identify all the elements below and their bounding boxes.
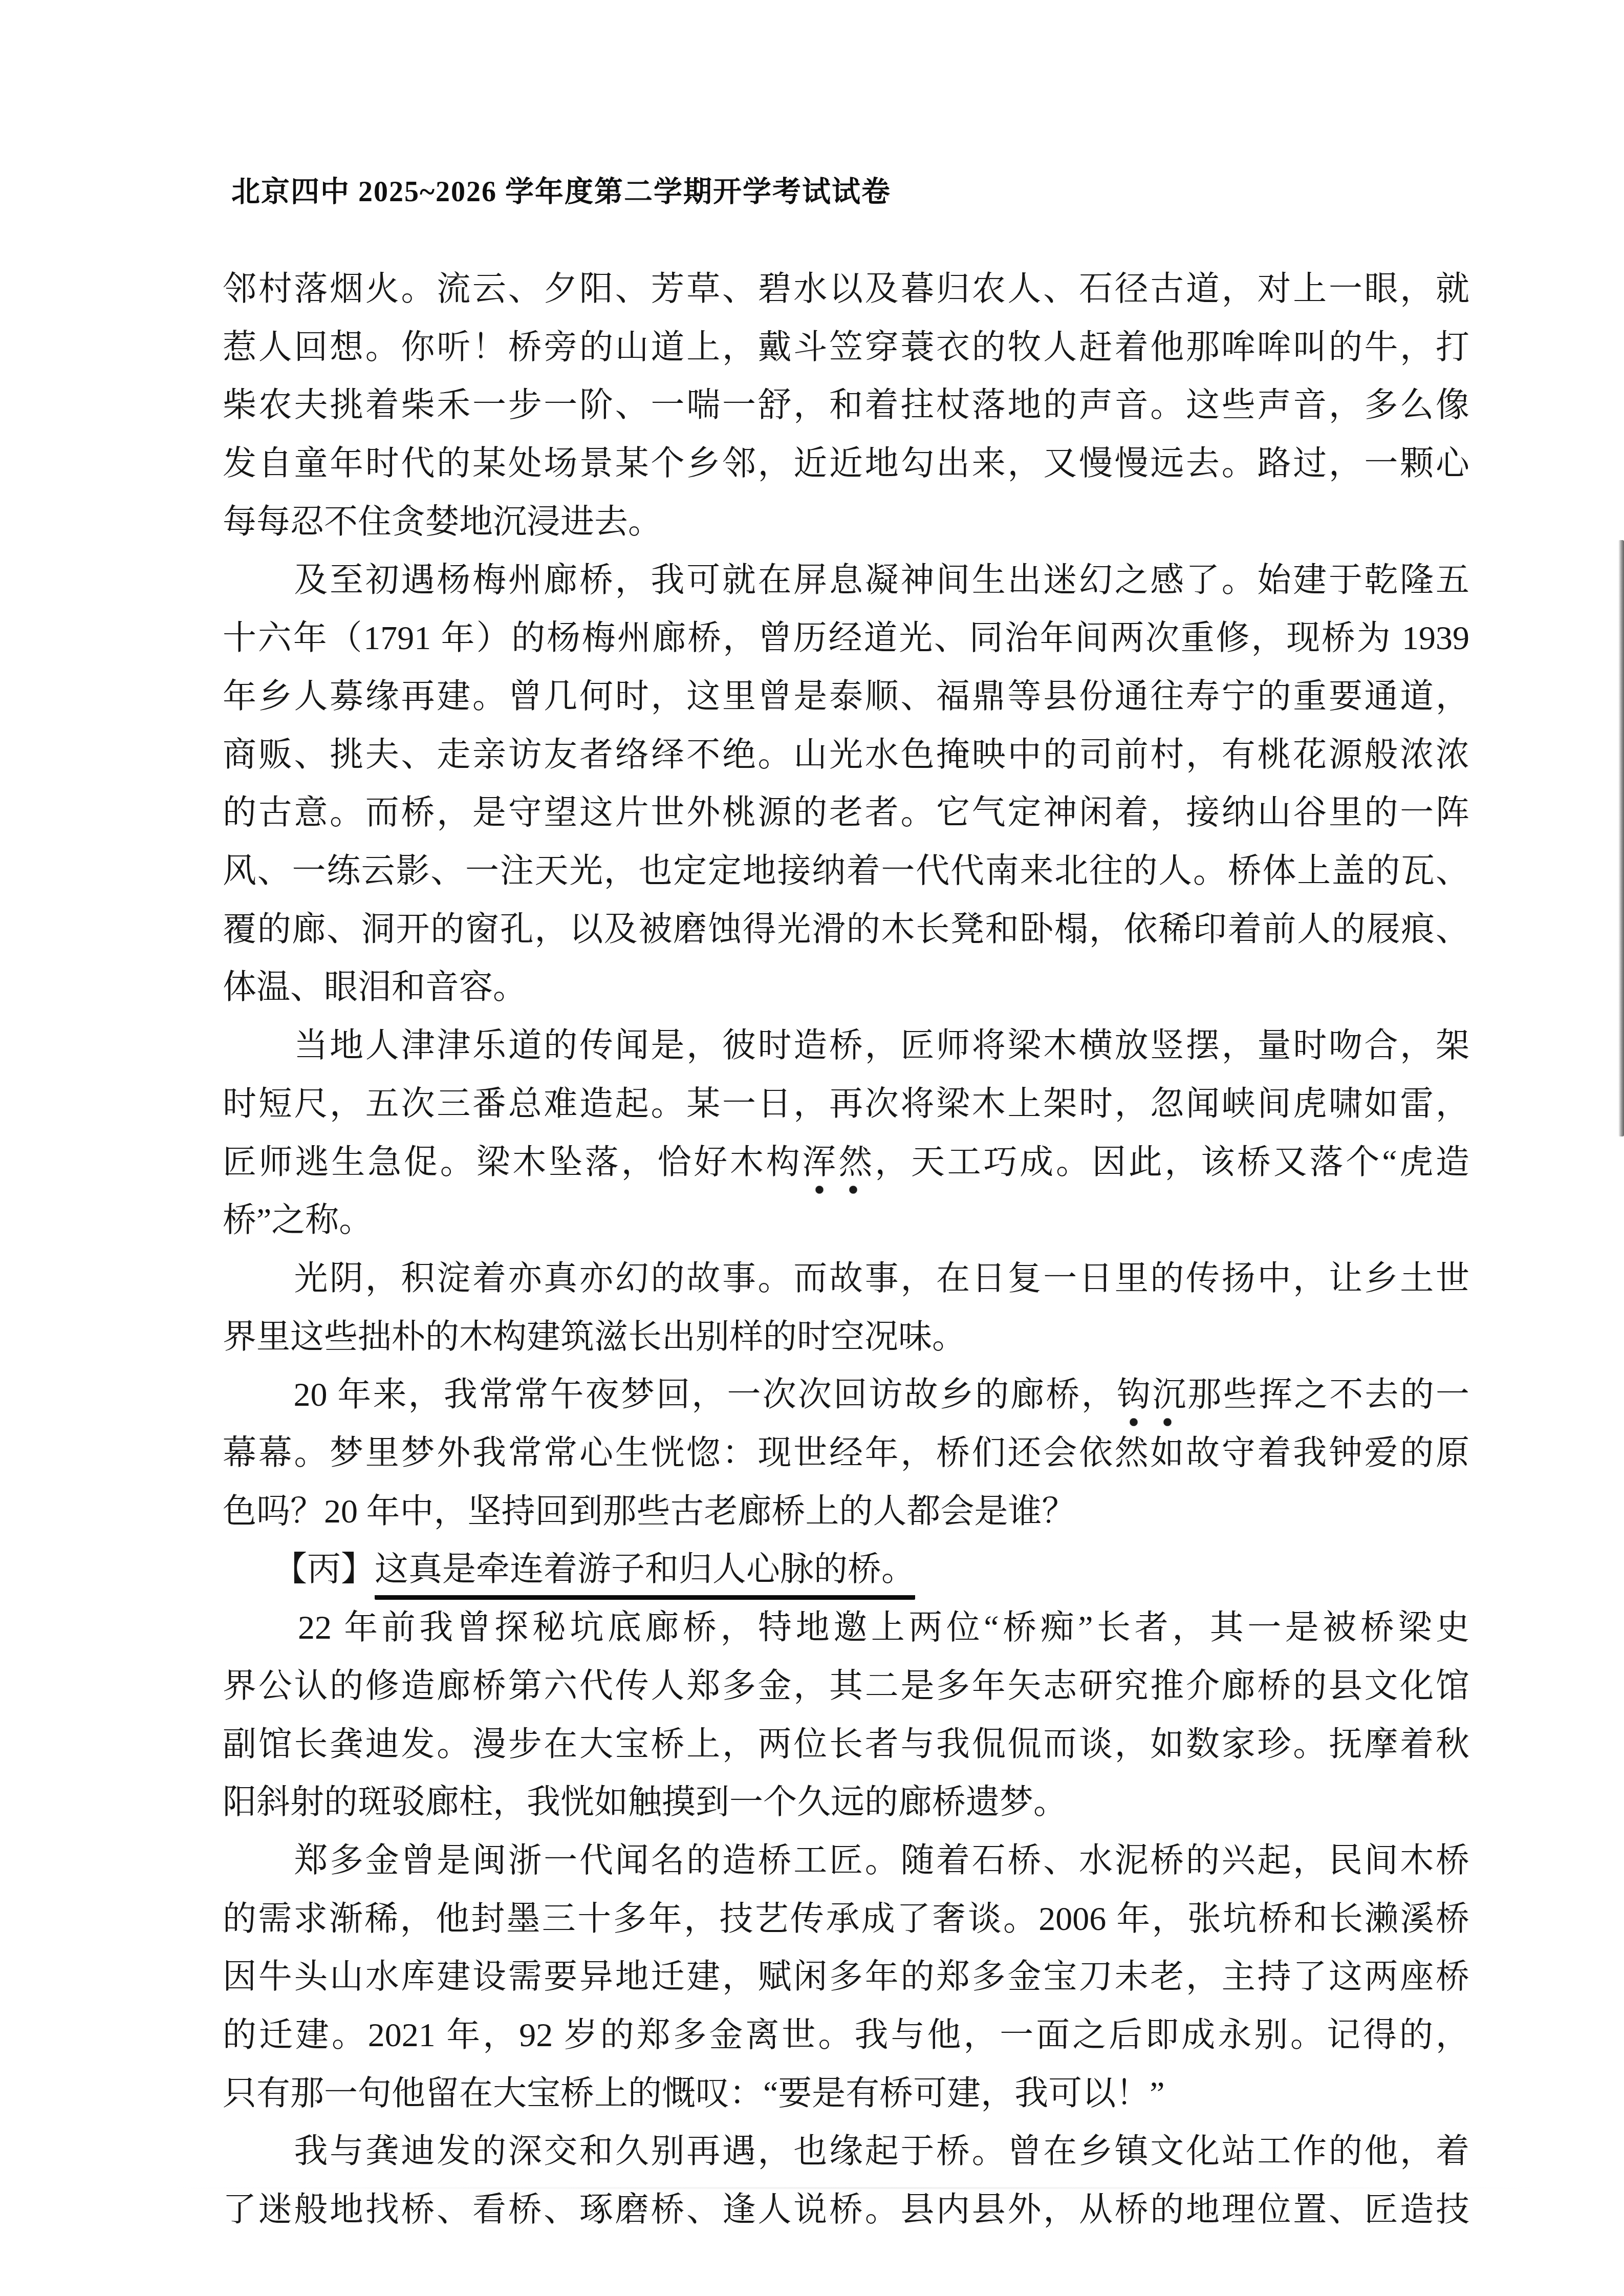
text-line: 只有那一句他留在大宝桥上的慨叹：“要是有桥可建，我可以！” [223,2068,1469,2119]
underline-text: 这真是牵连着游子和归人心脉的桥。 [375,1551,915,1600]
text-line: 覆的廊、洞开的窗孔，以及被磨蚀得光滑的木长凳和卧榻，依稀印着前人的屐痕、 [223,904,1469,955]
document-body: 邻村落烟火。流云、夕阳、芳草、碧水以及暮归农人、石径古道，对上一眼，就惹人回想。… [0,0,1624,2296]
text-segment: 因牛头山水库建设需要异地迁建，赋闲多年的郑多金宝刀未老，主持了这两座桥 [223,1958,1469,1995]
text-segment: 邻村落烟火。流云、夕阳、芳草、碧水以及暮归农人、石径古道，对上一眼，就 [223,270,1469,308]
text-line: 每每忍不住贪婪地沉浸进去。 [223,497,1469,548]
text-line: 当地人津津乐道的传闻是，彼时造桥，匠师将梁木横放竖摆，量时吻合，架 [223,1020,1469,1071]
text-line: 光阴，积淀着亦真亦幻的故事。而故事，在日复一日里的传扬中，让乡土世 [223,1253,1469,1304]
text-line: 柴农夫挑着柴禾一步一阶、一喘一舒，和着拄杖落地的声音。这些声音，多么像 [223,380,1469,431]
text-segment: 覆的廊、洞开的窗孔，以及被磨蚀得光滑的木长凳和卧榻，依稀印着前人的屐痕、 [223,911,1469,948]
text-line: 因牛头山水库建设需要异地迁建，赋闲多年的郑多金宝刀未老，主持了这两座桥 [223,1951,1469,2003]
text-segment: 柴农夫挑着柴禾一步一阶、一喘一舒，和着拄杖落地的声音。这些声音，多么像 [223,387,1469,424]
text-segment: 桥”之称。 [223,1201,373,1239]
text-line: 桥”之称。 [223,1195,1469,1246]
text-line: 年乡人募缘再建。曾几何时，这里曾是泰顺、福鼎等县份通往寿宁的重要通道， [223,671,1469,722]
text-segment: 界公认的修造廊桥第六代传人郑多金，其二是多年矢志研究推介廊桥的县文化馆 [223,1667,1469,1705]
text-line: 【丙】这真是牵连着游子和归人心脉的桥。 [223,1544,1469,1595]
text-segment: 郑多金曾是闽浙一代闻名的造桥工匠。随着石桥、水泥桥的兴起，民间木桥 [223,1842,1469,1879]
scanned-page: 北京四中 2025~2026 学年度第二学期开学考试试卷 邻村落烟火。流云、夕阳… [0,0,1624,2296]
text-segment: 每每忍不住贪婪地沉浸进去。 [223,503,662,541]
text-line: 幕幕。梦里梦外我常常心生恍惚：现世经年，桥们还会依然如故守着我钟爱的原 [223,1428,1469,1479]
text-line: 色吗？20 年中，坚持回到那些古老廊桥上的人都会是谁？ [223,1486,1469,1537]
text-segment: 界里这些拙朴的木构建筑滋长出别样的时空况味。 [223,1318,966,1356]
text-line: 风、一练云影、一注天光，也定定地接纳着一代代南来北往的人。桥体上盖的瓦、 [223,846,1469,897]
text-line: 阳斜射的斑驳廊柱，我恍如触摸到一个久远的廊桥遗梦。 [223,1777,1469,1828]
text-segment: 体温、眼泪和音容。 [223,969,527,1006]
text-segment: 光阴，积淀着亦真亦幻的故事。而故事，在日复一日里的传扬中，让乡土世 [223,1260,1469,1297]
text-segment: 幕幕。梦里梦外我常常心生恍惚：现世经年，桥们还会依然如故守着我钟爱的原 [223,1434,1469,1472]
text-line: 副馆长龚迪发。漫步在大宝桥上，两位长者与我侃侃而谈，如数家珍。抚摩着秋 [223,1719,1469,1770]
text-segment: 的古意。而桥，是守望这片世外桃源的老者。它气定神闲着，接纳山谷里的一阵 [223,794,1469,831]
text-segment: 的迁建。2021 年，92 岁的郑多金离世。我与他，一面之后即成永别。记得的， [223,2016,1469,2054]
text-line: 20 年来，我常常午夜梦回，一次次回访故乡的廊桥，钩沉那些挥之不去的一 [223,1369,1469,1421]
text-line: 了迷般地找桥、看桥、琢磨桥、逢人说桥。县内县外，从桥的地理位置、匠造技 [223,2184,1469,2236]
text-line: 的古意。而桥，是守望这片世外桃源的老者。它气定神闲着，接纳山谷里的一阵 [223,787,1469,839]
text-segment: 发自童年时代的某处场景某个乡邻，近近地勾出来，又慢慢远去。路过，一颗心 [223,445,1469,482]
text-line: 邻村落烟火。流云、夕阳、芳草、碧水以及暮归农人、石径古道，对上一眼，就 [223,264,1469,315]
emphasis-dots-text: 浑然 [803,1144,875,1194]
text-line: 的需求渐稀，他封墨三十多年，技艺传承成了奢谈。2006 年，张坑桥和长濑溪桥 [223,1894,1469,1945]
text-line: 22 年前我曾探秘坑底廊桥，特地邀上两位“桥痴”长者，其一是被桥梁史 [223,1602,1469,1654]
text-segment: 惹人回想。你听！桥旁的山道上，戴斗笠穿蓑衣的牧人赶着他那哞哞叫的牛，打 [223,329,1469,366]
text-segment: 年乡人募缘再建。曾几何时，这里曾是泰顺、福鼎等县份通往寿宁的重要通道， [223,678,1469,715]
text-segment: 十六年（1791 年）的杨梅州廊桥，曾历经道光、同治年间两次重修，现桥为 193… [223,619,1469,657]
text-segment: 【丙】 [223,1551,375,1588]
text-segment: 我与龚迪发的深交和久别再遇，也缘起于桥。曾在乡镇文化站工作的他，着 [223,2133,1469,2170]
text-line: 界公认的修造廊桥第六代传人郑多金，其二是多年矢志研究推介廊桥的县文化馆 [223,1661,1469,1712]
text-segment: 时短尺，五次三番总难造起。某一日，再次将梁木上架时，忽闻峡间虎啸如雷， [223,1085,1469,1123]
text-line: 及至初遇杨梅州廊桥，我可就在屏息凝神间生出迷幻之感了。始建于乾隆五 [223,555,1469,606]
text-segment: 只有那一句他留在大宝桥上的慨叹：“要是有桥可建，我可以！” [223,2075,1165,2112]
text-segment: 及至初遇杨梅州廊桥，我可就在屏息凝神间生出迷幻之感了。始建于乾隆五 [223,562,1469,599]
text-line: 体温、眼泪和音容。 [223,962,1469,1013]
text-segment: 商贩、挑夫、走亲访友者络绎不绝。山光水色掩映中的司前村，有桃花源般浓浓 [223,736,1469,774]
text-line: 惹人回想。你听！桥旁的山道上，戴斗笠穿蓑衣的牧人赶着他那哞哞叫的牛，打 [223,322,1469,373]
text-segment: 副馆长龚迪发。漫步在大宝桥上，两位长者与我侃侃而谈，如数家珍。抚摩着秋 [223,1726,1469,1763]
text-line: 界里这些拙朴的木构建筑滋长出别样的时空况味。 [223,1312,1469,1363]
text-segment: 阳斜射的斑驳廊柱，我恍如触摸到一个久远的廊桥遗梦。 [223,1784,1067,1821]
text-line: 我与龚迪发的深交和久别再遇，也缘起于桥。曾在乡镇文化站工作的他，着 [223,2126,1469,2177]
text-segment: 那些挥之不去的一 [1187,1376,1469,1413]
text-segment: 20 年来，我常常午夜梦回，一次次回访故乡的廊桥， [223,1376,1117,1413]
scan-edge-shadow [1618,540,1624,1136]
text-segment: ，天工巧成。因此，该桥又落个“虎造 [875,1144,1469,1181]
scan-bottom-smudge [0,2187,1624,2189]
text-segment: 色吗？20 年中，坚持回到那些古老廊桥上的人都会是谁？ [223,1493,1076,1530]
text-segment: 了迷般地找桥、看桥、琢磨桥、逢人说桥。县内县外，从桥的地理位置、匠造技 [223,2191,1469,2228]
text-line: 商贩、挑夫、走亲访友者络绎不绝。山光水色掩映中的司前村，有桃花源般浓浓 [223,729,1469,781]
emphasis-dots-text: 钩沉 [1117,1376,1187,1427]
text-line: 十六年（1791 年）的杨梅州廊桥，曾历经道光、同治年间两次重修，现桥为 193… [223,613,1469,664]
text-segment: 的需求渐稀，他封墨三十多年，技艺传承成了奢谈。2006 年，张坑桥和长濑溪桥 [223,1900,1469,1938]
text-line: 时短尺，五次三番总难造起。某一日，再次将梁木上架时，忽闻峡间虎啸如雷， [223,1079,1469,1130]
text-line: 郑多金曾是闽浙一代闻名的造桥工匠。随着石桥、水泥桥的兴起，民间木桥 [223,1835,1469,1886]
text-line: 发自童年时代的某处场景某个乡邻，近近地勾出来，又慢慢远去。路过，一颗心 [223,438,1469,489]
text-segment: 22 年前我曾探秘坑底廊桥，特地邀上两位“桥痴”长者，其一是被桥梁史 [223,1609,1469,1646]
text-segment: 风、一练云影、一注天光，也定定地接纳着一代代南来北往的人。桥体上盖的瓦、 [223,852,1469,890]
text-segment: 匠师逃生急促。梁木坠落，恰好木构 [223,1144,803,1181]
text-segment: 当地人津津乐道的传闻是，彼时造桥，匠师将梁木横放竖摆，量时吻合，架 [223,1027,1469,1064]
text-line: 的迁建。2021 年，92 岁的郑多金离世。我与他，一面之后即成永别。记得的， [223,2010,1469,2061]
text-line: 匠师逃生急促。梁木坠落，恰好木构浑然，天工巧成。因此，该桥又落个“虎造 [223,1137,1469,1188]
